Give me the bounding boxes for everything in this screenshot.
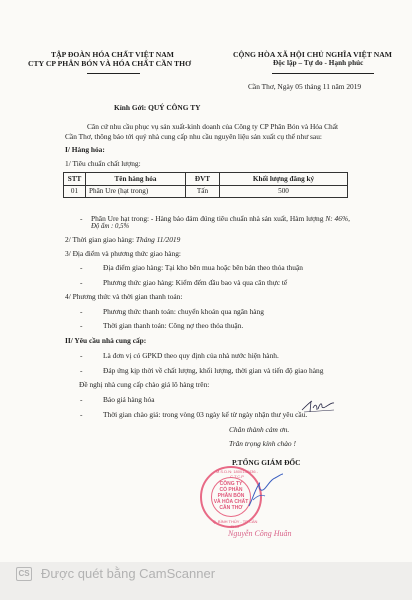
signature-icon: [245, 470, 285, 510]
delivery-time: 2/ Thời gian giao hàng: Tháng 11/2019: [65, 235, 180, 244]
requirement-item: Đáp ứng kịp thời về chất lượng, khối lượ…: [103, 366, 323, 375]
cell-stt: 01: [64, 185, 86, 198]
table-header-row: STT Tên hàng hóa ĐVT Khối lượng đăng ký: [64, 173, 348, 186]
signer-title: P.TỔNG GIÁM ĐỐC: [232, 458, 301, 467]
spec-text: Phân Ure hạt trong: - Hàng bảo đảm đúng …: [91, 214, 350, 223]
seal-ring-bottom: Q. BÌNH THỦY - TP CẦN THƠ: [210, 519, 260, 529]
header-motto: Độc lập – Tự do - Hạnh phúc: [273, 59, 363, 67]
scanned-document-page: TẬP ĐOÀN HÓA CHẤT VIỆT NAM CTY CP PHÂN B…: [0, 0, 412, 600]
section-2-title: II/ Yêu cầu nhà cung cấp:: [65, 336, 146, 345]
table-row: 01 Phân Ure (hạt trong) Tấn 500: [64, 185, 348, 198]
delivery-place-item: Địa điểm giao hàng: Tại kho bên mua hoặc…: [103, 263, 303, 272]
col-quantity: Khối lượng đăng ký: [220, 173, 348, 186]
scanner-watermark-text: Được quét bằng CamScanner: [41, 566, 215, 581]
bullet: -: [80, 410, 82, 419]
delivery-time-label: 2/ Thời gian giao hàng:: [65, 235, 136, 244]
bullet: -: [80, 263, 82, 272]
delivery-method-item: Phương thức giao hàng: Kiểm đếm đầu bao …: [103, 278, 287, 287]
col-goods-name: Tên hàng hóa: [86, 173, 186, 186]
header-left-underline: [87, 73, 140, 74]
col-stt: STT: [64, 173, 86, 186]
camscanner-logo-icon: CS: [16, 567, 32, 581]
spec-nitrogen: N: 46%,: [325, 214, 350, 223]
payment-time-item: Thời gian thanh toán: Công nợ theo thỏa …: [103, 321, 243, 330]
col-unit: ĐVT: [186, 173, 220, 186]
goods-table: STT Tên hàng hóa ĐVT Khối lượng đăng ký …: [63, 172, 348, 198]
header-org-company: CTY CP PHÂN BÓN VÀ HÓA CHẤT CẦN THƠ: [28, 59, 191, 68]
intro-line-2: Cần Thơ, thông báo tới quý nhà cung cấp …: [65, 132, 322, 141]
bullet: -: [80, 351, 82, 360]
header-nation: CỘNG HÒA XÃ HỘI CHỦ NGHĨA VIỆT NAM: [233, 50, 392, 59]
bullet: -: [80, 307, 82, 316]
payment-method-item: Phương thức thanh toán: chuyển khoản qua…: [103, 307, 264, 316]
bullet: -: [80, 366, 82, 375]
salutation: Kính Gởi: QUÝ CÔNG TY: [114, 103, 201, 112]
section-1-title: I/ Hàng hóa:: [65, 145, 105, 154]
quote-request: Đề nghị nhà cung cấp chào giá lô hàng tr…: [79, 380, 209, 389]
header-org-parent: TẬP ĐOÀN HÓA CHẤT VIỆT NAM: [51, 50, 174, 59]
payment-heading: 4/ Phương thức và thời gian thanh toán:: [65, 292, 182, 301]
quote-deadline-item: Thời gian chào giá: trong vòng 03 ngày k…: [103, 410, 307, 419]
cell-goods-name: Phân Ure (hạt trong): [86, 185, 186, 198]
closing-regards: Trân trọng kính chào !: [229, 439, 296, 448]
cell-unit: Tấn: [186, 185, 220, 198]
header-right-underline: [272, 73, 374, 74]
spec-label: Phân Ure hạt trong: - Hàng bảo đảm đúng …: [91, 214, 325, 223]
delivery-time-value: Tháng 11/2019: [136, 235, 180, 244]
requirement-item: Là đơn vị có GPKD theo quy định của nhà …: [103, 351, 279, 360]
signer-name: Nguyễn Công Huân: [228, 529, 292, 538]
bullet: -: [80, 395, 82, 404]
spec-bullet: -: [80, 214, 82, 223]
bullet: -: [80, 321, 82, 330]
quote-request-item: Báo giá hàng hóa: [103, 395, 155, 404]
intro-line-1: Căn cứ nhu cầu phục vụ sản xuất-kinh doa…: [87, 122, 338, 131]
document-date: Cần Thơ, Ngày 05 tháng 11 năm 2019: [248, 82, 361, 91]
spec-moisture: Độ ẩm : 0,5%: [91, 223, 129, 230]
cell-quantity: 500: [220, 185, 348, 198]
bullet: -: [80, 278, 82, 287]
delivery-place-heading: 3/ Địa điểm và phương thức giao hàng:: [65, 249, 181, 258]
section-1-quality-heading: 1/ Tiêu chuẩn chất lượng:: [65, 159, 141, 168]
closing-thanks: Chân thành cảm ơn.: [229, 425, 289, 434]
initials-signature-icon: [300, 398, 336, 416]
